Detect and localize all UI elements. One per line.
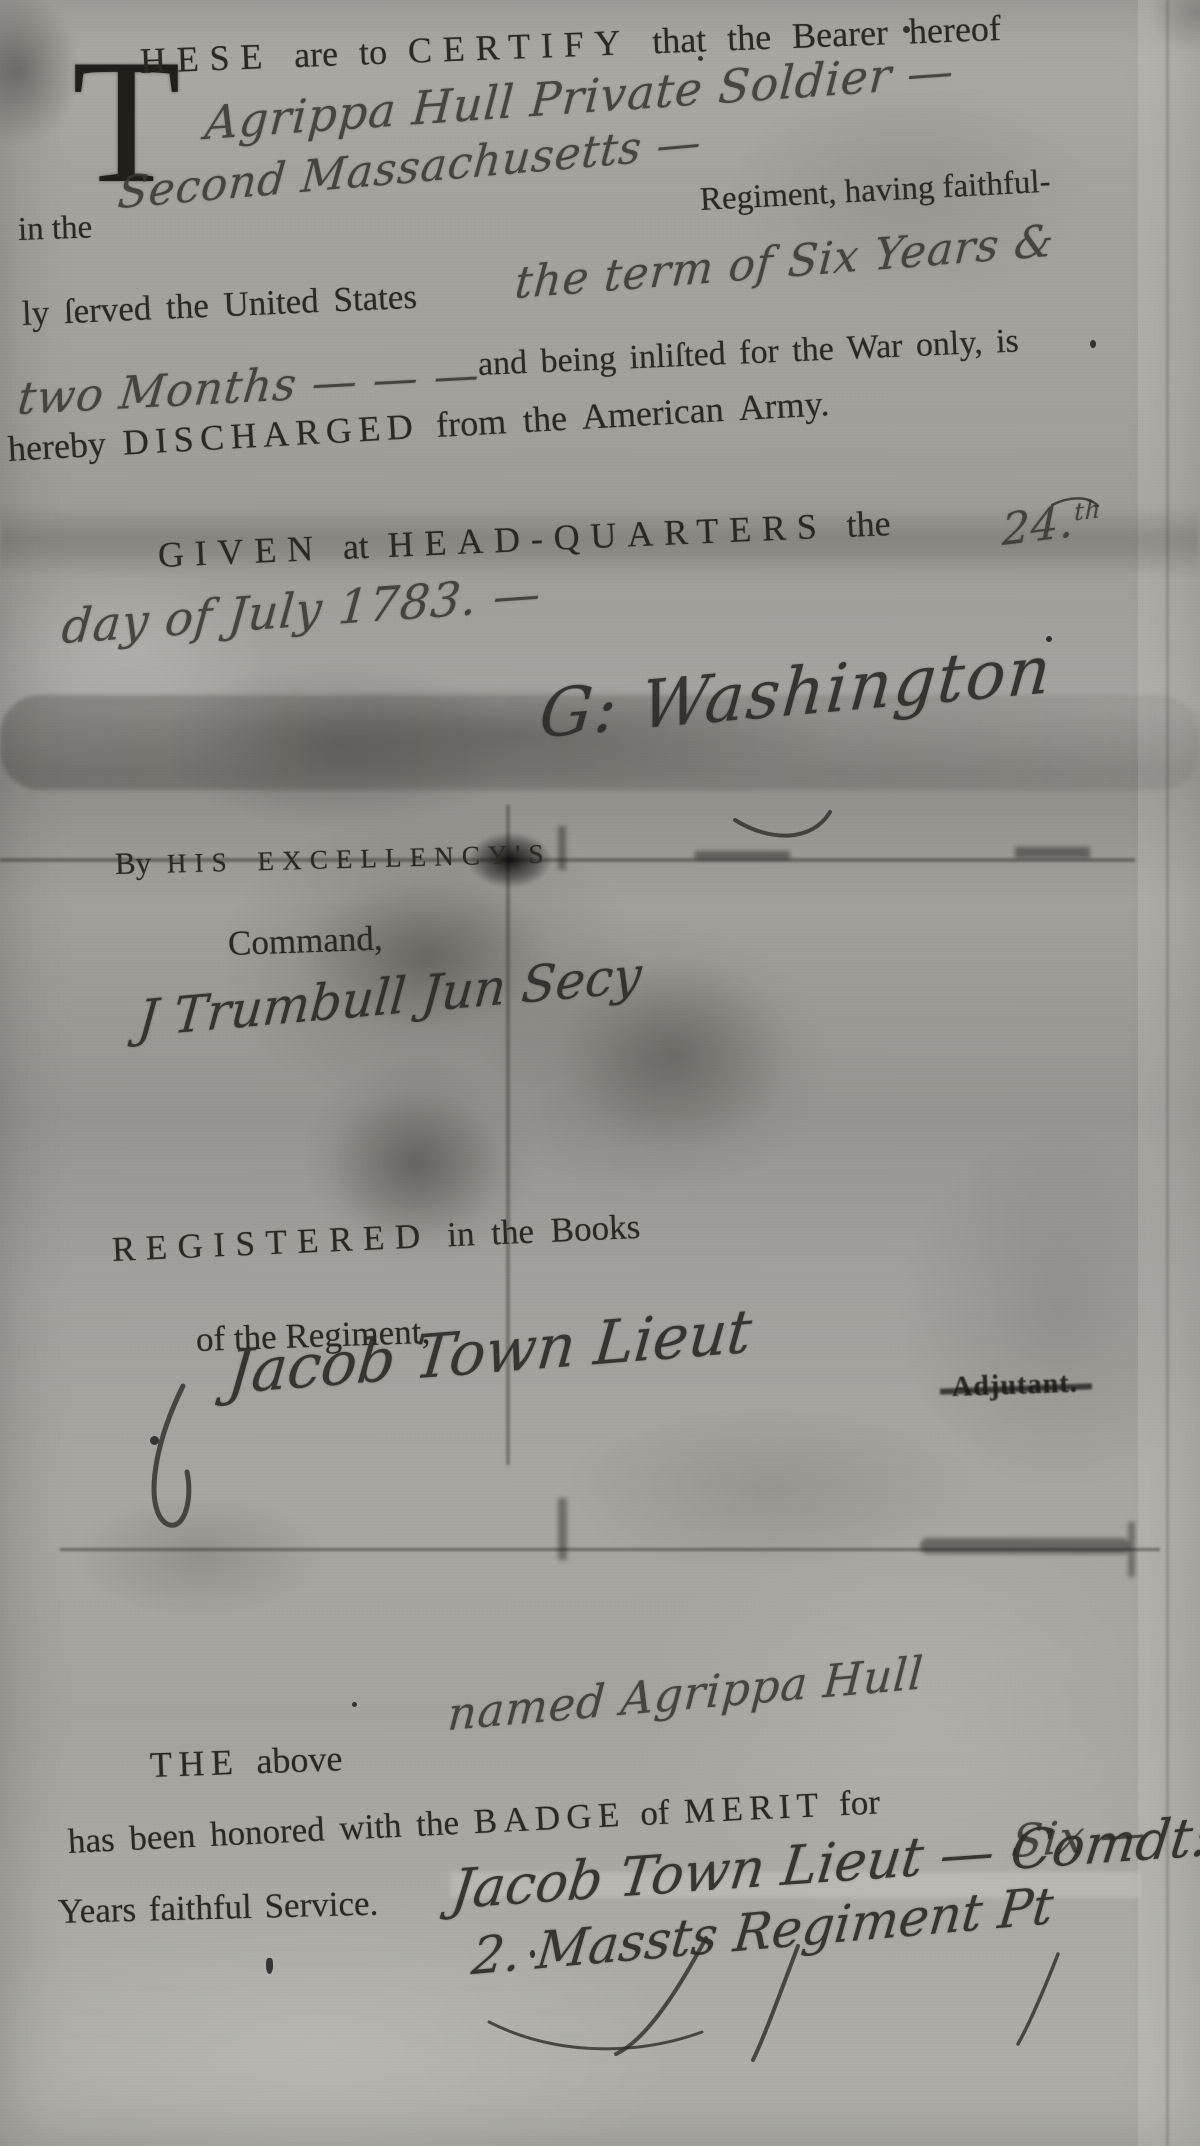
given-the: the (846, 503, 892, 545)
crease-spike (1128, 1522, 1135, 1577)
command-label: Command, (227, 919, 383, 964)
ink-speck (150, 1436, 159, 1445)
badge-for: for (838, 1782, 881, 1823)
day-number: 24. (1002, 496, 1075, 556)
above-word: above (256, 1738, 343, 1781)
badge-word: BADGE (473, 1795, 627, 1841)
ink-speck (352, 1702, 357, 1707)
merit-word: MERIT (683, 1785, 825, 1831)
by-word: By (115, 845, 152, 881)
day-ordinal: th (1074, 495, 1101, 527)
crease-smear (920, 1538, 1130, 1554)
given-word: GIVEN (157, 528, 325, 575)
years-service-line: Years faithful Service. (57, 1884, 378, 1932)
crease-dash (1015, 847, 1090, 858)
opening-certify: CERTIFY (407, 22, 632, 71)
opening-these: HESE (139, 36, 274, 81)
the-above-line: THE above (149, 1737, 343, 1786)
crease-spike (558, 826, 566, 870)
the-word: THE (149, 1742, 240, 1785)
discharge-certificate-scan: T HESE are to CERTIFY that the Bearer he… (0, 0, 1200, 2146)
given-at: at (342, 526, 370, 567)
ink-speck (1090, 340, 1096, 348)
crease-spike (558, 1498, 567, 1560)
discharge-hereby: hereby (7, 424, 107, 469)
crease-dash (695, 851, 790, 860)
opening-areto: are to (293, 32, 387, 76)
registered-rest: in the Books (446, 1207, 640, 1254)
ink-speck (266, 1958, 273, 1974)
badge-of: of (639, 1793, 670, 1833)
in-the-label: in the (17, 209, 92, 249)
